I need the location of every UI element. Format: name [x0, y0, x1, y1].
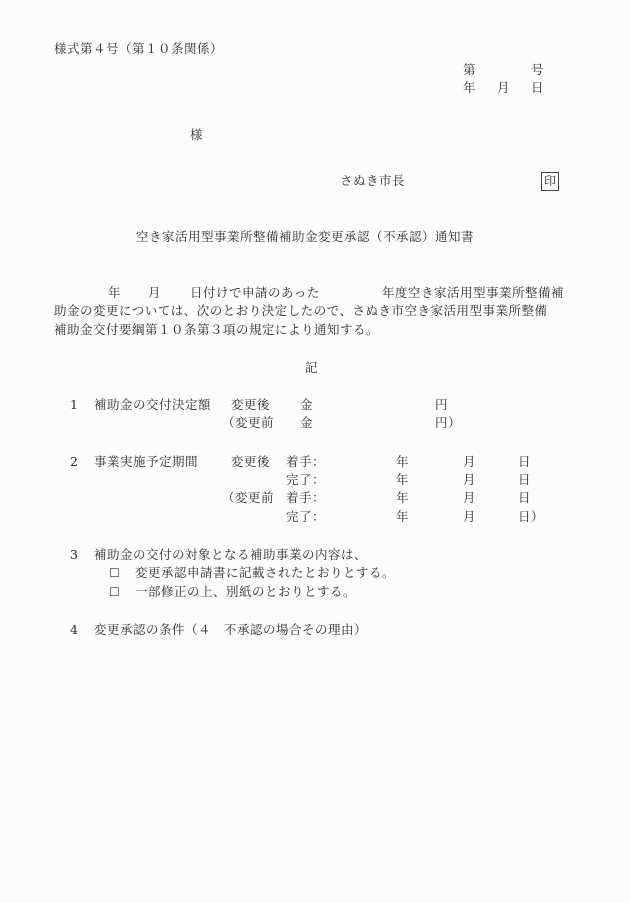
item-number: 4 — [70, 624, 78, 637]
body-line2: 助金の変更については、次のとおり決定したので、さぬき市空き家活用型事業所整備 — [54, 305, 548, 318]
status-after: 変更後 — [231, 456, 270, 469]
body-year-label: 年 — [108, 287, 121, 300]
body-day-text: 日付けで申請のあった — [190, 287, 320, 300]
month-label: 月 — [463, 456, 476, 469]
issuer-name: さぬき市長 — [340, 175, 405, 188]
amount-unit: 円 — [435, 399, 448, 412]
date-day-label: 日 — [531, 82, 544, 95]
year-label: 年 — [396, 456, 409, 469]
status-before: （変更前 — [222, 417, 274, 430]
checkbox-option-approved[interactable]: ☐ — [109, 567, 120, 579]
document-title: 空き家活用型事業所整備補助金変更承認（不承認）通知書 — [136, 231, 474, 244]
date-month-label: 月 — [497, 82, 510, 95]
day-label: 日 — [518, 474, 531, 487]
option-label: 変更承認申請書に記載されたとおりとする。 — [135, 567, 395, 580]
item-label: 事業実施予定期間 — [94, 456, 198, 469]
amount-unit: 円） — [435, 417, 461, 430]
item-number: 3 — [70, 549, 78, 562]
addressee-suffix: 様 — [190, 129, 203, 142]
seal-mark: 印 — [541, 172, 559, 191]
item-number: 1 — [70, 399, 78, 412]
day-label: 日 — [518, 492, 531, 505]
year-label: 年 — [396, 474, 409, 487]
date-year-label: 年 — [463, 82, 476, 95]
item-number: 2 — [70, 456, 78, 469]
day-label: 日） — [518, 511, 544, 524]
month-label: 月 — [463, 492, 476, 505]
item-label: 補助金の交付の対象となる補助事業の内容は、 — [94, 549, 367, 562]
phase-label: 完了： — [286, 511, 325, 524]
ref-number-prefix: 第 — [463, 64, 476, 77]
body-line1-tail: 年度空き家活用型事業所整備補 — [382, 287, 564, 300]
phase-label: 着手： — [286, 456, 325, 469]
day-label: 日 — [518, 456, 531, 469]
option-label: 一部修正の上、別紙のとおりとする。 — [135, 586, 356, 599]
status-after: 変更後 — [231, 399, 270, 412]
year-label: 年 — [396, 511, 409, 524]
year-label: 年 — [396, 492, 409, 505]
amount-prefix: 金 — [300, 399, 313, 412]
ref-number-suffix: 号 — [531, 64, 544, 77]
phase-label: 完了： — [286, 474, 325, 487]
body-month-label: 月 — [148, 287, 161, 300]
ki-heading: 記 — [305, 362, 318, 375]
item-label: 補助金の交付決定額 — [94, 399, 211, 412]
phase-label: 着手： — [286, 492, 325, 505]
body-line3: 補助金交付要綱第１０条第３項の規定により通知する。 — [54, 324, 379, 337]
month-label: 月 — [463, 474, 476, 487]
checkbox-option-partial[interactable]: ☐ — [109, 586, 120, 598]
amount-prefix: 金 — [300, 417, 313, 430]
item-label: 変更承認の条件（４ 不承認の場合その理由） — [94, 624, 367, 637]
status-before: （変更前 — [222, 492, 274, 505]
month-label: 月 — [463, 511, 476, 524]
form-number: 様式第４号（第１０条関係） — [54, 43, 223, 56]
